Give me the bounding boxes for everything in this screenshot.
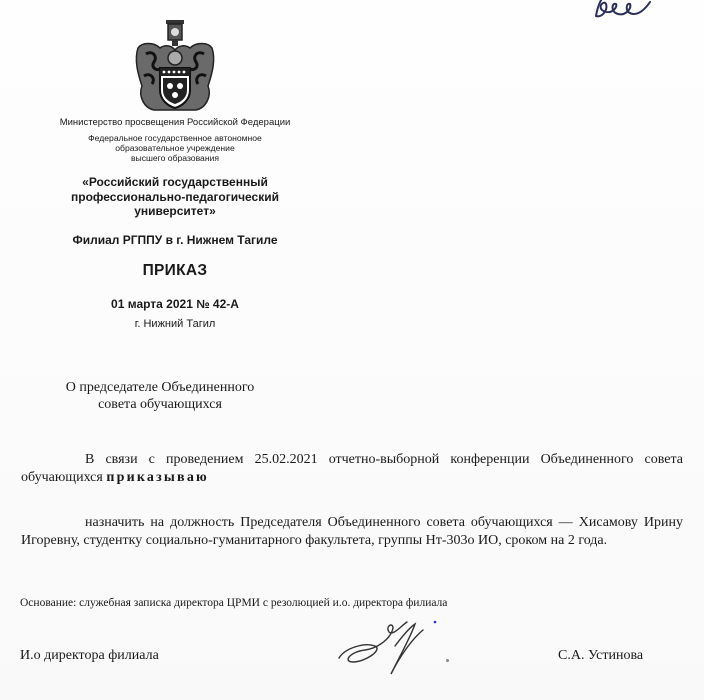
university-name: «Российский государственный профессионал… [30, 175, 320, 219]
institution-type-line: высшего образования [30, 153, 320, 163]
order-title: ПРИКАЗ [30, 262, 320, 280]
institution-type-line: Федеральное государственное автономное [30, 133, 320, 143]
handwritten-mark-icon [588, 0, 658, 20]
appointment-paragraph: назначить на должность Председателя Объе… [21, 514, 683, 550]
order-verb: приказываю [106, 470, 209, 485]
decorative-dot [446, 659, 449, 662]
signatory-name: С.А. Устинова [558, 648, 643, 664]
coat-of-arms-icon [132, 16, 218, 116]
university-name-line: университет» [30, 204, 320, 219]
institution-type-line: образовательное учреждение [30, 143, 320, 153]
order-basis: Основание: служебная записка директора Ц… [20, 597, 447, 609]
order-subject-line: совета обучающихся [40, 396, 280, 413]
order-city: г. Нижний Тагил [30, 318, 320, 330]
handwritten-signature-icon [335, 618, 445, 678]
preamble-paragraph: В связи с проведением 25.02.2021 отчетно… [21, 451, 683, 487]
document-page: Министерство просвещения Российской Феде… [0, 0, 704, 700]
order-date-number: 01 марта 2021 № 42-А [30, 297, 320, 311]
order-subject: О председателе Объединенного совета обуч… [40, 379, 280, 413]
order-subject-line: О председателе Объединенного [40, 379, 280, 396]
university-name-line: профессионально-педагогический [30, 190, 320, 205]
institution-type: Федеральное государственное автономное о… [30, 133, 320, 163]
university-name-line: «Российский государственный [30, 175, 320, 190]
branch-name: Филиал РГППУ в г. Нижнем Тагиле [30, 233, 320, 247]
ministry-name: Министерство просвещения Российской Феде… [30, 117, 320, 128]
appointment-text: назначить на должность Председателя Объе… [21, 515, 683, 548]
signatory-role: И.о директора филиала [20, 648, 159, 664]
